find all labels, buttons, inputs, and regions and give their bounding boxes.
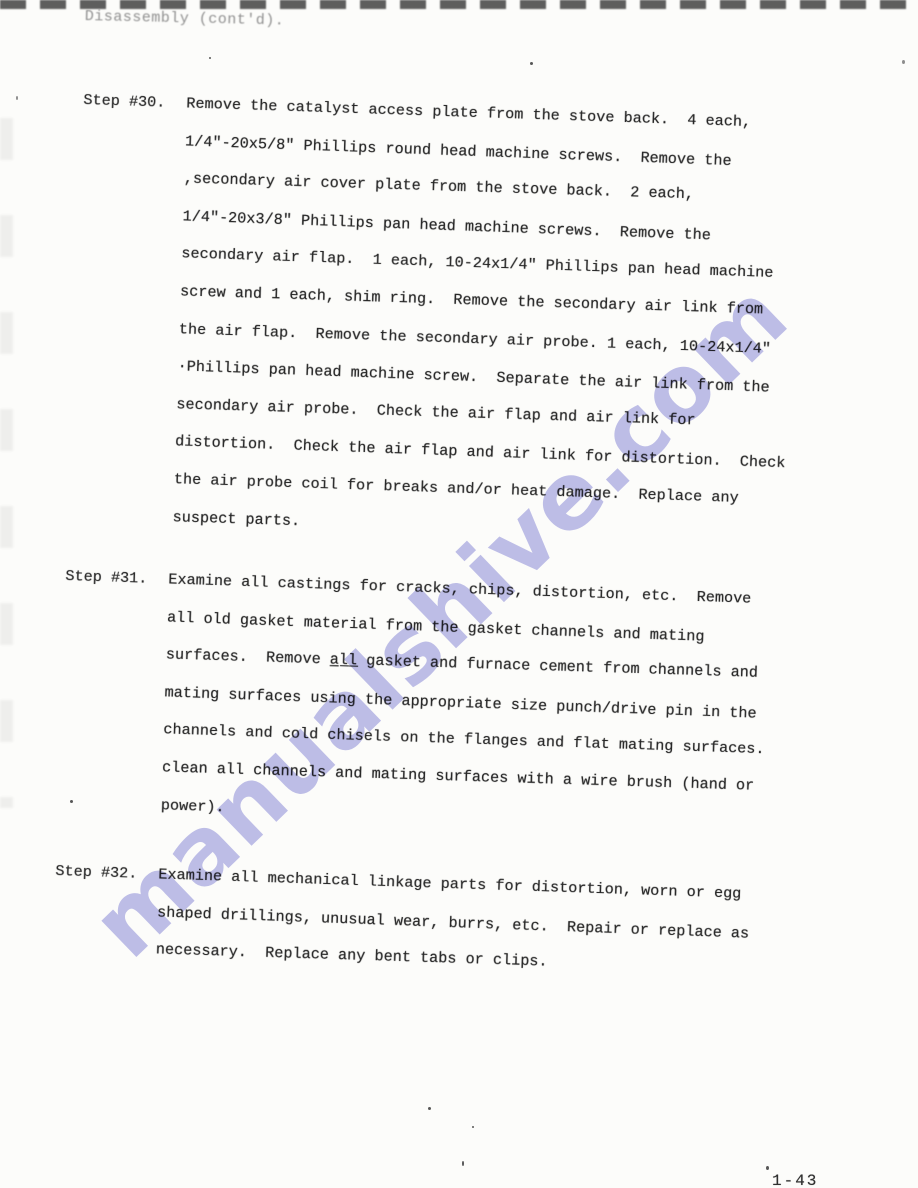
scan-speck <box>428 1107 431 1110</box>
scan-speck <box>209 57 211 59</box>
step-lines: Examine all mechanical linkage parts for… <box>155 856 751 988</box>
scan-artifact-top-edge <box>0 0 918 9</box>
step-block: Step #30. Remove the catalyst access pla… <box>69 82 797 557</box>
page-number: 1-43 <box>772 1172 818 1188</box>
step-block: Step #31. Examine all castings for crack… <box>57 558 770 844</box>
scan-speck <box>902 60 905 64</box>
step-label: Step #31. <box>65 558 169 599</box>
scan-speck <box>530 62 533 65</box>
page-header: Disassembly (cont'd). <box>85 8 285 30</box>
step-lines: Examine all castings for cracks, chips, … <box>160 561 770 844</box>
scan-speck <box>472 1126 474 1128</box>
scanned-manual-page: Disassembly (cont'd). Step #30. Remove t… <box>0 0 918 1188</box>
scan-speck <box>70 800 73 803</box>
scan-speck <box>16 96 18 100</box>
scan-speck <box>462 1161 464 1166</box>
step-block: Step #32. Examine all mechanical linkage… <box>52 853 751 989</box>
scan-artifact-left-edge <box>0 118 13 808</box>
step-label: Step #32. <box>55 853 159 894</box>
step-lines: Remove the catalyst access plate from th… <box>172 85 797 556</box>
scan-speck <box>766 1166 769 1170</box>
step-label: Step #30. <box>83 82 187 123</box>
